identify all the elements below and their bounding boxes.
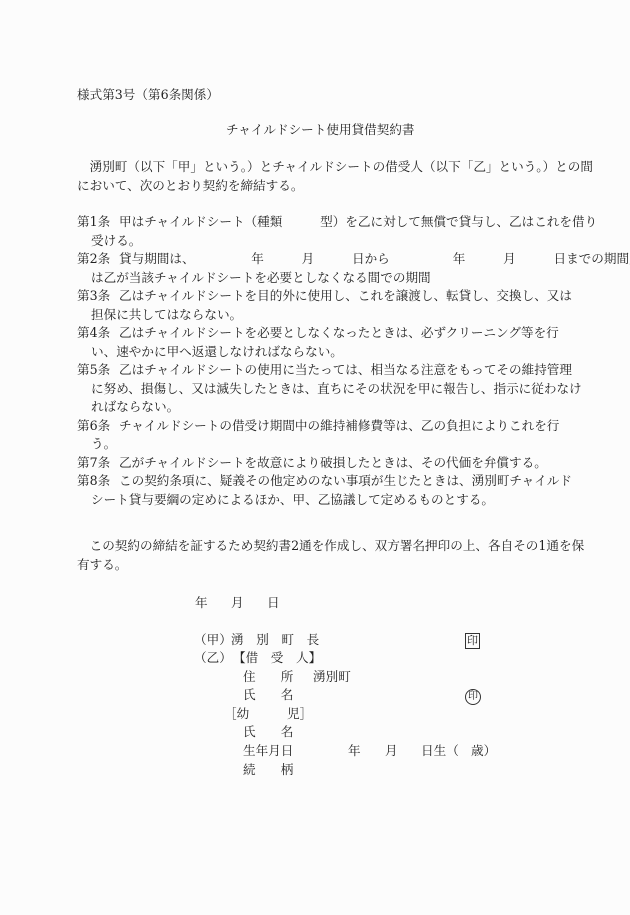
article-2: 第2条貸与期間は、 年 月 日から 年 月 日までの期間又 (77, 250, 547, 269)
article-4: 第4条乙はチャイルドシートを必要としなくなったときは、必ずクリーニング等を行 (77, 324, 547, 343)
articles: 第1条甲はチャイルドシート（種類 型）を乙に対して無償で貸与し、乙はこれを借り … (77, 213, 547, 509)
article-6: 第6条チャイルドシートの借受け期間中の維持補修費等は、乙の負担によりこれを行 (77, 417, 547, 436)
party-a-label: （甲） (194, 631, 232, 650)
dob-label: 生年月日 (243, 742, 293, 761)
date-day: 日 (267, 594, 280, 613)
seal-circle-icon: 印 (465, 686, 481, 705)
preamble-line: において、次のとおり契約を締結する。 (77, 177, 547, 196)
form-label: 様式第3号（第6条関係） (77, 86, 219, 105)
article-7: 第7条乙がチャイルドシートを故意により破損したときは、その代価を弁償する。 (77, 454, 547, 473)
dob-year: 年 (348, 742, 361, 761)
article-5: 第5条乙はチャイルドシートの使用に当たっては、相当なる注意をもってその維持管理 (77, 361, 547, 380)
address-value: 湧別町 (313, 668, 351, 687)
date-year: 年 (195, 594, 208, 613)
article-3: 第3条乙はチャイルドシートを目的外に使用し、これを譲渡し、転貸し、交換し、又は (77, 287, 547, 306)
article-1: 第1条甲はチャイルドシート（種類 型）を乙に対して無償で貸与し、乙はこれを借り (77, 213, 547, 232)
age-label: 歳） (471, 742, 496, 761)
borrower-heading: 【借 受 人】 (233, 649, 321, 668)
closing: この契約の締結を証するため契約書2通を作成し、双方署名押印の上、各自その1通を保… (77, 537, 547, 574)
child-name-label: 氏 名 (243, 723, 293, 742)
preamble-line: 湧別町（以下「甲」という。）とチャイルドシートの借受人（以下「乙」という。）との… (77, 158, 547, 177)
seal-square-icon: 印 (465, 631, 480, 650)
dob-day: 日生（ (421, 742, 459, 761)
party-a-name: 湧 別 町 長 (231, 631, 319, 650)
child-heading: ［幼 児］ (224, 705, 312, 724)
address-label: 住 所 (243, 668, 293, 687)
dob-month: 月 (385, 742, 398, 761)
date-month: 月 (231, 594, 244, 613)
borrower-name-label: 氏 名 (243, 686, 293, 705)
relation-label: 続 柄 (243, 761, 293, 780)
document-title: チャイルドシート使用貸借契約書 (226, 121, 415, 140)
preamble: 湧別町（以下「甲」という。）とチャイルドシートの借受人（以下「乙」という。）との… (77, 158, 547, 195)
article-8: 第8条この契約条項に、疑義その他定めのない事項が生じたときは、湧別町チャイルド (77, 472, 547, 491)
party-b-label: （乙） (194, 649, 232, 668)
